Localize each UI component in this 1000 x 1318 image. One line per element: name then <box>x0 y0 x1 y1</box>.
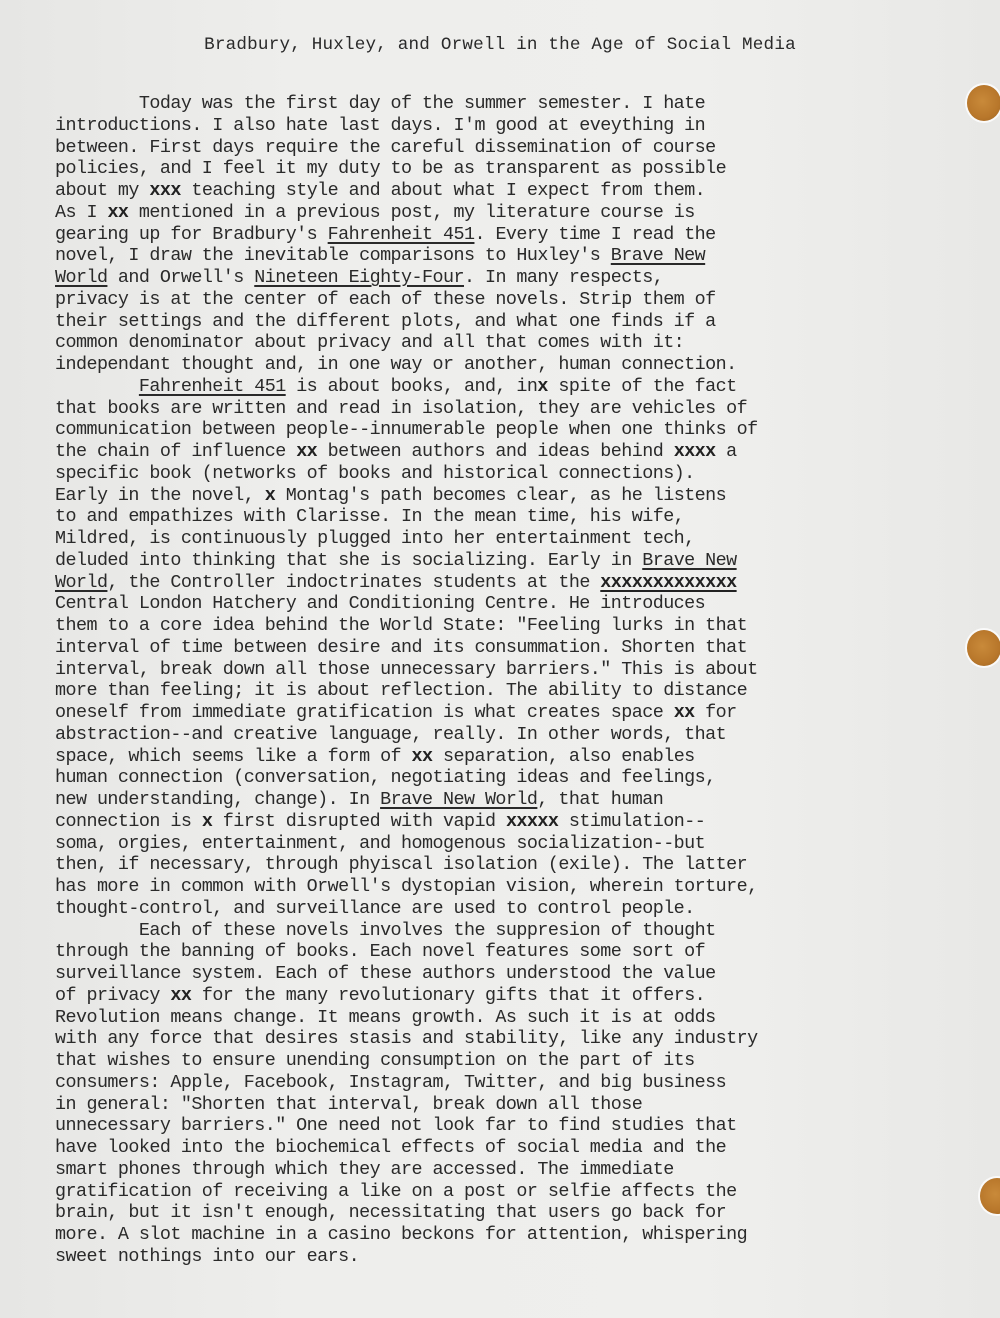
strikeout-typo: xx <box>412 746 433 767</box>
text-line: has more in common with Orwell's dystopi… <box>55 876 955 898</box>
text-span: , the Controller indoctrinates students … <box>107 572 600 593</box>
text-span: independant thought and, in one way or a… <box>55 354 737 375</box>
text-span: interval, break down all those unnecessa… <box>55 659 758 680</box>
underlined-title: Fahrenheit 451 <box>139 376 286 397</box>
text-span: in general: "Shorten that interval, brea… <box>55 1094 642 1115</box>
strikeout-typo: xx <box>107 202 128 223</box>
binder-hole <box>980 1178 1000 1214</box>
text-span: Revolution means change. It means growth… <box>55 1007 716 1028</box>
text-span: introductions. I also hate last days. I'… <box>55 115 705 136</box>
text-span: more than feeling; it is about reflectio… <box>55 680 747 701</box>
underlined-title: Brave New <box>611 245 705 266</box>
text-line: more. A slot machine in a casino beckons… <box>55 1224 955 1246</box>
text-span: communication between people--innumerabl… <box>55 419 758 440</box>
text-span: thought-control, and surveillance are us… <box>55 898 695 919</box>
text-line: consumers: Apple, Facebook, Instagram, T… <box>55 1072 955 1094</box>
text-span: and Orwell's <box>107 267 254 288</box>
text-span: then, if necessary, through phyiscal iso… <box>55 854 747 875</box>
text-line: deluded into thinking that she is social… <box>55 550 955 572</box>
text-line: Revolution means change. It means growth… <box>55 1007 955 1029</box>
text-span: Mildred, is continuously plugged into he… <box>55 528 695 549</box>
text-line: them to a core idea behind the World Sta… <box>55 615 955 637</box>
text-span: that wishes to ensure unending consumpti… <box>55 1050 695 1071</box>
underlined-title: Nineteen Eighty-Four <box>254 267 464 288</box>
text-span: brain, but it isn't enough, necessitatin… <box>55 1202 726 1223</box>
text-line: communication between people--innumerabl… <box>55 419 955 441</box>
underlined-title: Brave New World <box>380 789 537 810</box>
text-span: mentioned in a previous post, my literat… <box>128 202 694 223</box>
document-title: Bradbury, Huxley, and Orwell in the Age … <box>0 35 1000 55</box>
text-line: common denominator about privacy and all… <box>55 332 955 354</box>
text-line: have looked into the biochemical effects… <box>55 1137 955 1159</box>
text-line: with any force that desires stasis and s… <box>55 1028 955 1050</box>
text-span: common denominator about privacy and all… <box>55 332 684 353</box>
text-span: has more in common with Orwell's dystopi… <box>55 876 758 897</box>
text-span: soma, orgies, entertainment, and homogen… <box>55 833 705 854</box>
text-line: privacy is at the center of each of thes… <box>55 289 955 311</box>
text-line: policies, and I feel it my duty to be as… <box>55 158 955 180</box>
text-line: then, if necessary, through phyiscal iso… <box>55 854 955 876</box>
text-span: through the banning of books. Each novel… <box>55 941 705 962</box>
text-line: specific book (networks of books and his… <box>55 463 955 485</box>
text-line: of privacy xx for the many revolutionary… <box>55 985 955 1007</box>
text-span: Today was the first day of the summer se… <box>55 93 705 114</box>
text-line: oneself from immediate gratification is … <box>55 702 955 724</box>
text-line: between. First days require the careful … <box>55 137 955 159</box>
text-span: more. A slot machine in a casino beckons… <box>55 1224 747 1245</box>
text-span: abstraction--and creative language, real… <box>55 724 726 745</box>
underlined-title: World <box>55 572 107 593</box>
text-line: thought-control, and surveillance are us… <box>55 898 955 920</box>
text-span: smart phones through which they are acce… <box>55 1159 674 1180</box>
text-line: Fahrenheit 451 is about books, and, inx … <box>55 376 955 398</box>
text-span: them to a core idea behind the World Sta… <box>55 615 747 636</box>
text-span: . Every time I read the <box>474 224 715 245</box>
text-span: policies, and I feel it my duty to be as… <box>55 158 726 179</box>
text-line: Central London Hatchery and Conditioning… <box>55 593 955 615</box>
text-line: space, which seems like a form of xx sep… <box>55 746 955 768</box>
text-line: independant thought and, in one way or a… <box>55 354 955 376</box>
text-line: the chain of influence xx between author… <box>55 441 955 463</box>
text-line: unnecessary barriers." One need not look… <box>55 1115 955 1137</box>
text-span: consumers: Apple, Facebook, Instagram, T… <box>55 1072 726 1093</box>
text-line: Today was the first day of the summer se… <box>55 93 955 115</box>
text-span: Early in the novel, <box>55 485 265 506</box>
binder-hole <box>967 85 1000 121</box>
text-span: specific book (networks of books and his… <box>55 463 695 484</box>
text-span: Each of these novels involves the suppre… <box>55 920 716 941</box>
strikeout-typo: x <box>537 376 548 397</box>
strikeout-typo: x <box>202 811 213 832</box>
text-span: the chain of influence <box>55 441 296 462</box>
text-span: to and empathizes with Clarisse. In the … <box>55 506 684 527</box>
text-span: between authors and ideas behind <box>317 441 674 462</box>
text-span: have looked into the biochemical effects… <box>55 1137 726 1158</box>
text-span: unnecessary barriers." One need not look… <box>55 1115 737 1136</box>
text-span: deluded into thinking that she is social… <box>55 550 642 571</box>
text-span <box>55 376 139 397</box>
text-span: of privacy <box>55 985 170 1006</box>
text-span: surveillance system. Each of these autho… <box>55 963 716 984</box>
text-line: sweet nothings into our ears. <box>55 1246 955 1268</box>
text-line: As I xx mentioned in a previous post, my… <box>55 202 955 224</box>
text-line: to and empathizes with Clarisse. In the … <box>55 506 955 528</box>
text-span: As I <box>55 202 107 223</box>
text-line: World and Orwell's Nineteen Eighty-Four.… <box>55 267 955 289</box>
text-line: World, the Controller indoctrinates stud… <box>55 572 955 594</box>
text-span: their settings and the different plots, … <box>55 311 716 332</box>
text-line: in general: "Shorten that interval, brea… <box>55 1094 955 1116</box>
text-line: their settings and the different plots, … <box>55 311 955 333</box>
text-line: through the banning of books. Each novel… <box>55 941 955 963</box>
strikeout-typo: xxxx <box>674 441 716 462</box>
text-line: human connection (conversation, negotiat… <box>55 767 955 789</box>
text-span: is about books, and, in <box>286 376 538 397</box>
text-line: smart phones through which they are acce… <box>55 1159 955 1181</box>
text-line: introductions. I also hate last days. I'… <box>55 115 955 137</box>
document-body: Today was the first day of the summer se… <box>55 93 955 1268</box>
text-span: sweet nothings into our ears. <box>55 1246 359 1267</box>
text-span: human connection (conversation, negotiat… <box>55 767 716 788</box>
text-span: a <box>716 441 737 462</box>
text-span: first disrupted with vapid <box>212 811 506 832</box>
text-span: about my <box>55 180 149 201</box>
text-line: new understanding, change). In Brave New… <box>55 789 955 811</box>
text-line: gearing up for Bradbury's Fahrenheit 451… <box>55 224 955 246</box>
text-span: Montag's path becomes clear, as he liste… <box>275 485 726 506</box>
text-span: privacy is at the center of each of thes… <box>55 289 716 310</box>
text-line: about my xxx teaching style and about wh… <box>55 180 955 202</box>
typewritten-page: Bradbury, Huxley, and Orwell in the Age … <box>0 0 1000 1318</box>
strikeout-typo: xx <box>674 702 695 723</box>
text-line: novel, I draw the inevitable comparisons… <box>55 245 955 267</box>
text-span: stimulation-- <box>558 811 705 832</box>
text-line: soma, orgies, entertainment, and homogen… <box>55 833 955 855</box>
text-span: interval of time between desire and its … <box>55 637 747 658</box>
text-line: abstraction--and creative language, real… <box>55 724 955 746</box>
text-line: Mildred, is continuously plugged into he… <box>55 528 955 550</box>
text-span: new understanding, change). In <box>55 789 380 810</box>
text-line: interval of time between desire and its … <box>55 637 955 659</box>
text-span: with any force that desires stasis and s… <box>55 1028 758 1049</box>
text-span: that books are written and read in isola… <box>55 398 747 419</box>
text-line: more than feeling; it is about reflectio… <box>55 680 955 702</box>
strikeout-typo: xxxxx <box>506 811 558 832</box>
underlined-title: World <box>55 267 107 288</box>
underlined-title: Brave New <box>642 550 736 571</box>
text-line: surveillance system. Each of these autho… <box>55 963 955 985</box>
text-span: connection is <box>55 811 202 832</box>
strikeout-typo: xx <box>296 441 317 462</box>
text-span: gearing up for Bradbury's <box>55 224 328 245</box>
text-span: gratification of receiving a like on a p… <box>55 1181 737 1202</box>
text-span: oneself from immediate gratification is … <box>55 702 674 723</box>
text-span: Central London Hatchery and Conditioning… <box>55 593 705 614</box>
text-line: gratification of receiving a like on a p… <box>55 1181 955 1203</box>
text-span: novel, I draw the inevitable comparisons… <box>55 245 611 266</box>
text-span: for the many revolutionary gifts that it… <box>191 985 705 1006</box>
text-line: that books are written and read in isola… <box>55 398 955 420</box>
text-span: for <box>695 702 737 723</box>
binder-hole <box>967 630 1000 666</box>
text-span: space, which seems like a form of <box>55 746 412 767</box>
text-line: Early in the novel, x Montag's path beco… <box>55 485 955 507</box>
text-line: connection is x first disrupted with vap… <box>55 811 955 833</box>
text-line: brain, but it isn't enough, necessitatin… <box>55 1202 955 1224</box>
underlined-title: Fahrenheit 451 <box>328 224 475 245</box>
text-span: . In many respects, <box>464 267 663 288</box>
text-line: interval, break down all those unnecessa… <box>55 659 955 681</box>
strikeout-typo: xxxxxxxxxxxxx <box>600 572 736 593</box>
text-span: spite of the fact <box>548 376 737 397</box>
text-span: separation, also enables <box>433 746 695 767</box>
strikeout-typo: xxx <box>149 180 180 201</box>
strikeout-typo: xx <box>170 985 191 1006</box>
text-span: , that human <box>537 789 663 810</box>
text-span: between. First days require the careful … <box>55 137 716 158</box>
strikeout-typo: x <box>265 485 276 506</box>
text-line: Each of these novels involves the suppre… <box>55 920 955 942</box>
text-line: that wishes to ensure unending consumpti… <box>55 1050 955 1072</box>
text-span: teaching style and about what I expect f… <box>181 180 705 201</box>
